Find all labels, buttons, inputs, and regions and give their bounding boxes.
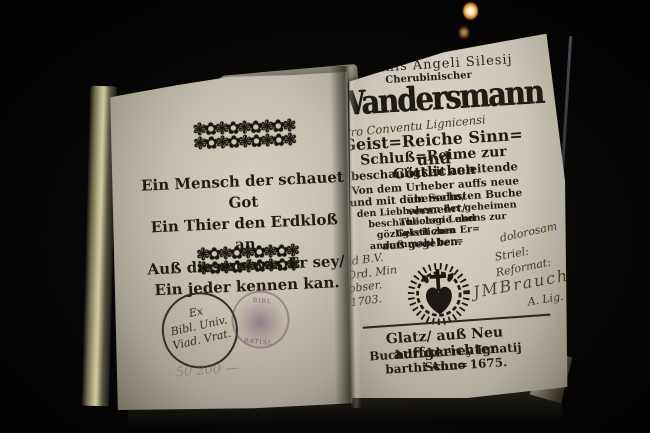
ornament-row: ❃✿❃✿❃✿❃✿❃ [177, 258, 317, 278]
epigram-poem: Ein Mensch der schauet Got Ein Thier den… [137, 167, 352, 302]
ornament-row: ❃✿❃✿❃✿❃✿❃ [174, 133, 314, 153]
page-gutter-shadow [327, 66, 363, 408]
left-page: ❃✿❃✿❃✿❃✿❃ ❃✿❃✿❃✿❃✿❃ Ein Mensch der schau… [100, 70, 355, 410]
stamp-text: BIBL [235, 295, 289, 307]
faded-purple-stamp: BIBL RATISL [229, 288, 292, 351]
photo-open-antique-book: ❃✿❃✿❃✿❃✿❃ ❃✿❃✿❃✿❃✿❃ Ein Mensch der schau… [0, 0, 650, 433]
stamp-text: RATISL [231, 336, 285, 348]
light-flare-icon [463, 2, 478, 20]
title-page-content: Johannis Angeli Silesij Cherubinischer W… [329, 23, 583, 404]
woodcut-ornament-band: ❃✿❃✿❃✿❃✿❃ ❃✿❃✿❃✿❃✿❃ [176, 244, 317, 277]
right-page-title: Johannis Angeli Silesij Cherubinischer W… [340, 30, 572, 398]
manuscript-word: A. Lig. [527, 290, 565, 309]
woodcut-ornament-band: ❃✿❃✿❃✿❃✿❃ ❃✿❃✿❃✿❃✿❃ [173, 119, 314, 152]
light-flare-secondary-icon [459, 26, 469, 39]
left-page-content: ❃✿❃✿❃✿❃✿❃ ❃✿❃✿❃✿❃✿❃ Ein Mensch der schau… [93, 65, 363, 416]
